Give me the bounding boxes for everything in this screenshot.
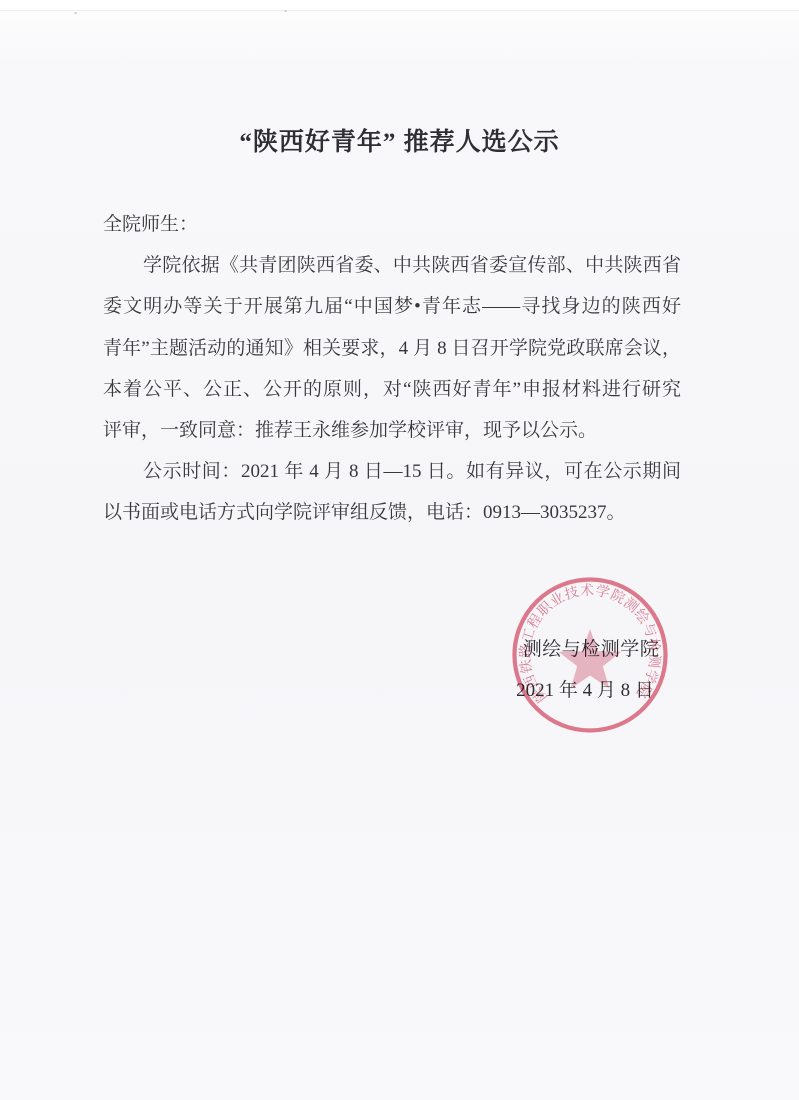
scan-speck <box>74 12 77 14</box>
body-line: 以书面或电话方式向学院评审组反馈，电话：0913—3035237。 <box>103 492 681 533</box>
scan-speck <box>284 10 287 12</box>
body-line: 学院依据《共青团陕西省委、中共陕西省委宣传部、中共陕西省 <box>103 245 681 286</box>
signature-date: 2021 年 4 月 8 日 <box>499 675 671 702</box>
body-line: 委文明办等关于开展第九届“中国梦•青年志——寻找身边的陕西好 <box>103 286 681 327</box>
signature-department: 测绘与检测学院 <box>505 634 677 661</box>
salutation: 全院师生： <box>103 204 681 245</box>
document-body: 全院师生： 学院依据《共青团陕西省委、中共陕西省委宣传部、中共陕西省 委文明办等… <box>103 204 681 534</box>
scanned-document-page: “陕西好青年” 推荐人选公示 全院师生： 学院依据《共青团陕西省委、中共陕西省委… <box>0 0 799 1100</box>
scan-edge <box>0 0 799 11</box>
body-line: 青年”主题活动的通知》相关要求，4 月 8 日召开学院党政联席会议， <box>103 328 681 369</box>
body-line: 评审，一致同意：推荐王永维参加学校评审，现予以公示。 <box>103 410 681 451</box>
document-title: “陕西好青年” 推荐人选公示 <box>0 126 799 160</box>
body-line: 本着公平、公正、公开的原则，对“陕西好青年”申报材料进行研究 <box>103 369 681 410</box>
body-line: 公示时间：2021 年 4 月 8 日—15 日。如有异议，可在公示期间 <box>103 451 681 492</box>
